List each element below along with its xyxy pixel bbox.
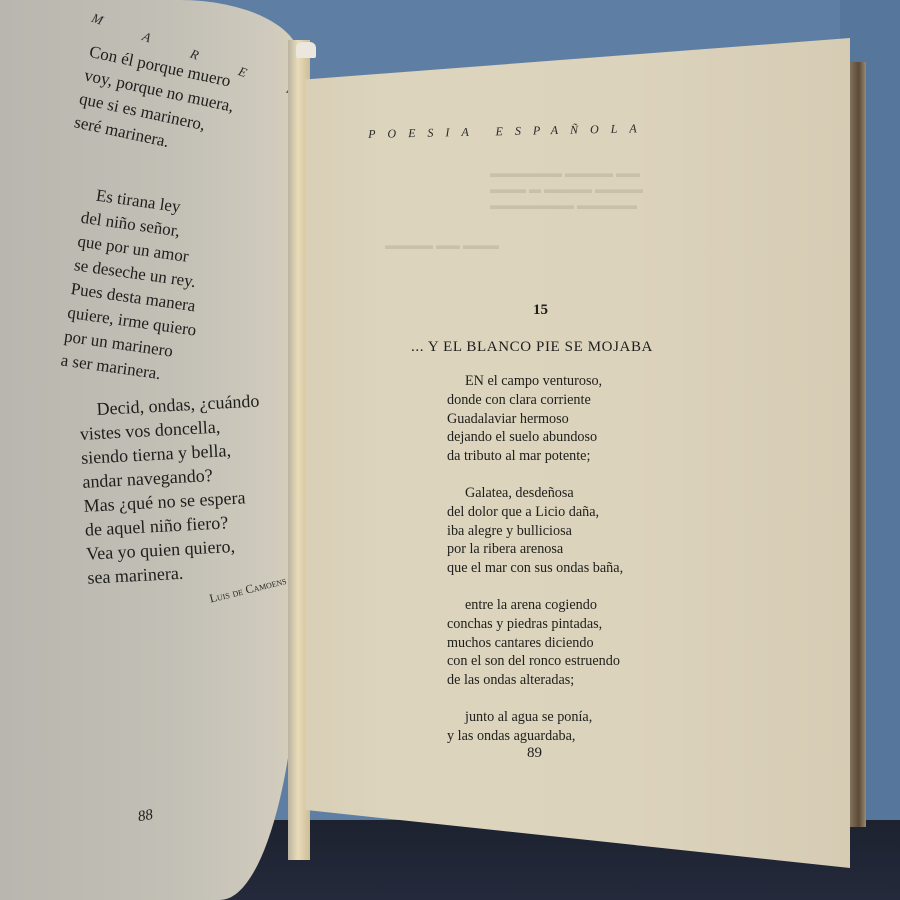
verse-line: por la ribera arenosa: [447, 540, 623, 559]
poem-body: EN el campo venturoso, donde con clara c…: [447, 372, 623, 764]
stanza-2: Galatea, desdeñosa del dolor que a Licio…: [447, 484, 623, 578]
verse-line: Guadalaviar hermoso: [447, 410, 623, 429]
verse-line: muchos cantares diciendo: [447, 634, 623, 653]
verse-line: da tributo al mar potente;: [447, 447, 623, 466]
verse-line: donde con clara corriente: [447, 391, 623, 410]
show-through-text: ▬▬▬▬▬▬ ▬▬▬▬ ▬▬▬▬▬ ▬ ▬▬▬▬ ▬▬▬▬▬▬▬▬▬▬▬ ▬▬▬…: [490, 165, 643, 213]
verse-line: y las ondas aguardaba,: [447, 727, 623, 746]
verse-line: con el son del ronco estruendo: [447, 652, 623, 671]
verse-line: conchas y piedras pintadas,: [447, 615, 623, 634]
verse-line: iba alegre y bulliciosa: [447, 522, 623, 541]
verse-line: Galatea, desdeñosa: [447, 484, 623, 503]
poem-title: ... Y EL BLANCO PIE SE MOJABA: [411, 339, 653, 356]
left-page-number: 88: [137, 807, 155, 826]
verse-line: entre la arena cogiendo: [447, 596, 623, 615]
page-edges: [848, 62, 866, 827]
verse-line: EN el campo venturoso,: [447, 372, 623, 391]
left-stanza-2: Es tirana ley del niño señor, que por un…: [59, 182, 214, 390]
verse-line: que el mar con sus ondas baña,: [447, 559, 623, 578]
left-stanza-3: Decid, ondas, ¿cuándo vistes vos doncell…: [78, 389, 269, 590]
stanza-4: junto al agua se ponía, y las ondas agua…: [447, 708, 623, 746]
right-page-number: 89: [527, 745, 542, 762]
stanza-3: entre la arena cogiendo conchas y piedra…: [447, 596, 623, 690]
show-through-text: ▬▬▬▬ ▬▬ ▬▬▬: [385, 237, 499, 253]
verse-line: junto al agua se ponía,: [447, 708, 623, 727]
verse-line: del dolor que a Licio daña,: [447, 503, 623, 522]
verse-line: dejando el suelo abundoso: [447, 428, 623, 447]
poem-number: 15: [533, 302, 548, 319]
spine-headband: [296, 42, 316, 58]
stanza-1: EN el campo venturoso, donde con clara c…: [447, 372, 623, 466]
verse-line: de las ondas alteradas;: [447, 671, 623, 690]
